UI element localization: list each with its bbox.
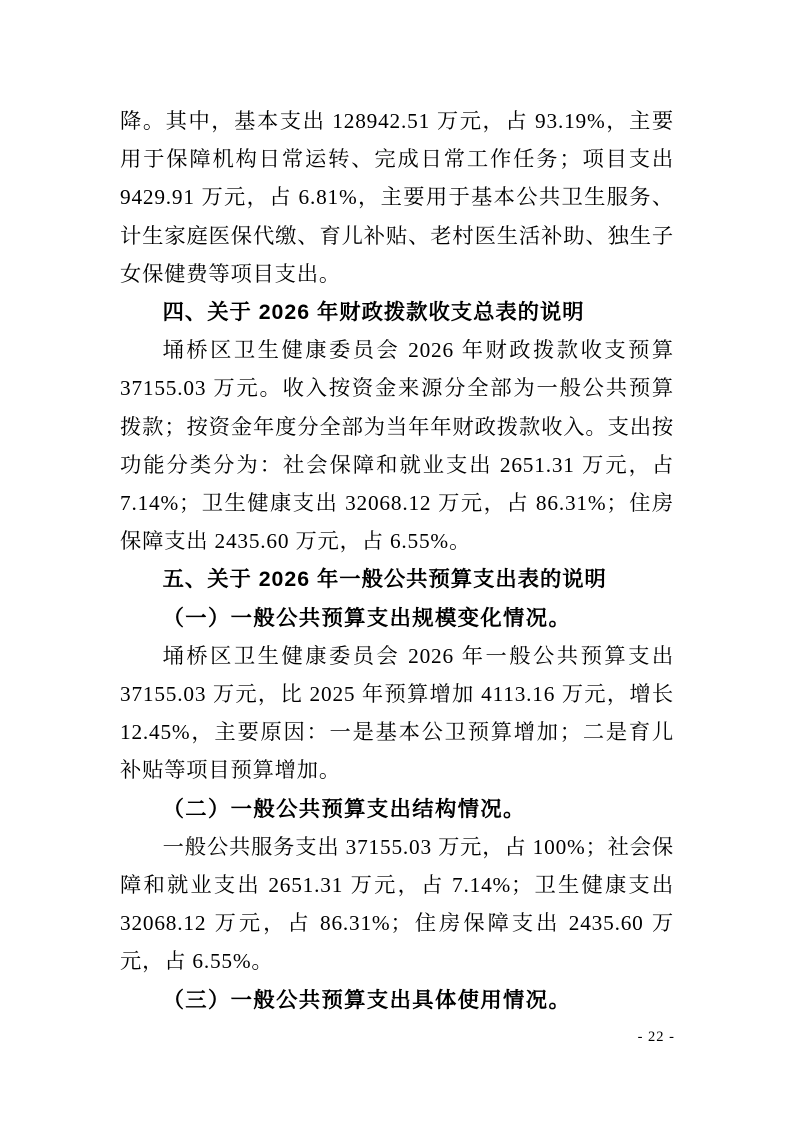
document-page: 降。其中，基本支出 128942.51 万元，占 93.19%，主要用于保障机构… <box>0 0 793 1122</box>
subsection-heading-1-scale-change: （一）一般公共预算支出规模变化情况。 <box>120 599 674 637</box>
document-body: 降。其中，基本支出 128942.51 万元，占 93.19%，主要用于保障机构… <box>120 102 674 1019</box>
page-number: - 22 - <box>638 1026 675 1048</box>
section-heading-4-fiscal-appropriation-summary: 四、关于 2026 年财政拨款收支总表的说明 <box>120 293 674 331</box>
subsection-heading-2-structure: （二）一般公共预算支出结构情况。 <box>120 790 674 828</box>
paragraph-basic-project-expenditure: 降。其中，基本支出 128942.51 万元，占 93.19%，主要用于保障机构… <box>120 102 674 293</box>
paragraph-budget-scale-change: 埇桥区卫生健康委员会 2026 年一般公共预算支出 37155.03 万元，比 … <box>120 637 674 790</box>
subsection-heading-3-specific-usage: （三）一般公共预算支出具体使用情况。 <box>120 981 674 1019</box>
section-heading-5-general-public-budget-expenditure: 五、关于 2026 年一般公共预算支出表的说明 <box>120 560 674 598</box>
paragraph-budget-structure: 一般公共服务支出 37155.03 万元，占 100%；社会保障和就业支出 26… <box>120 828 674 981</box>
paragraph-fiscal-appropriation-detail: 埇桥区卫生健康委员会 2026 年财政拨款收支预算 37155.03 万元。收入… <box>120 331 674 560</box>
